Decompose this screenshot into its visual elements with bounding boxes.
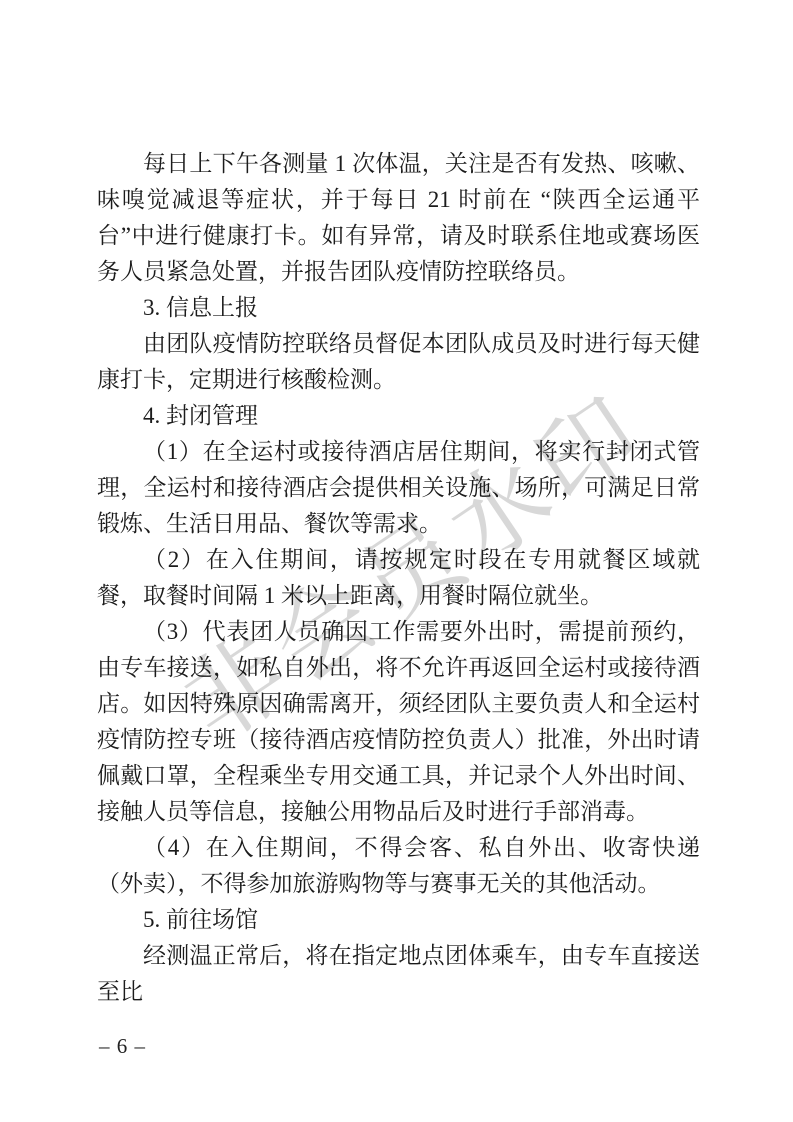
paragraph: 由团队疫情防控联络员督促本团队成员及时进行每天健康打卡，定期进行核酸检测。 <box>97 326 700 398</box>
paragraph: （3）代表团人员确因工作需要外出时，需提前预约，由专车接送，如私自外出，将不允许… <box>97 614 700 830</box>
section-heading: 3. 信息上报 <box>97 290 700 326</box>
document-body: 每日上下午各测量 1 次体温，关注是否有发热、咳嗽、味嗅觉减退等症状，并于每日 … <box>97 146 700 1010</box>
paragraph: 经测温正常后，将在指定地点团体乘车，由专车直接送至比 <box>97 938 700 1010</box>
paragraph: （4）在入住期间，不得会客、私自外出、收寄快递（外卖），不得参加旅游购物等与赛事… <box>97 830 700 902</box>
page-number: – 6 – <box>99 1034 146 1059</box>
document-page: 非会员水印 每日上下午各测量 1 次体温，关注是否有发热、咳嗽、味嗅觉减退等症状… <box>0 0 793 1122</box>
section-heading: 5. 前往场馆 <box>97 902 700 938</box>
paragraph: 每日上下午各测量 1 次体温，关注是否有发热、咳嗽、味嗅觉减退等症状，并于每日 … <box>97 146 700 290</box>
paragraph: （2）在入住期间，请按规定时段在专用就餐区域就餐，取餐时间隔 1 米以上距离，用… <box>97 542 700 614</box>
paragraph: （1）在全运村或接待酒店居住期间，将实行封闭式管理，全运村和接待酒店会提供相关设… <box>97 434 700 542</box>
section-heading: 4. 封闭管理 <box>97 398 700 434</box>
